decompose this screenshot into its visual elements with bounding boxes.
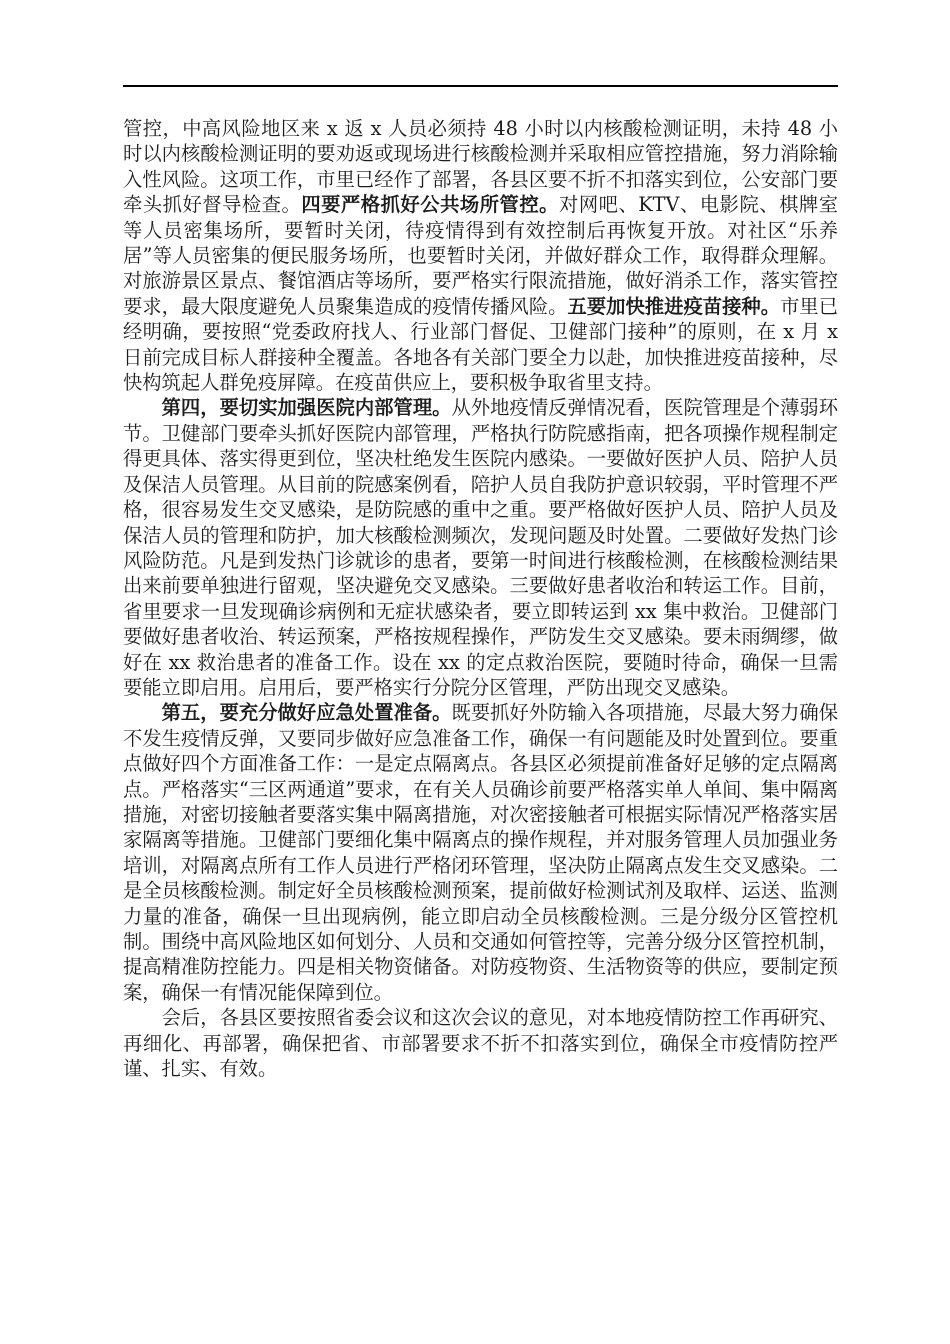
paragraph: 第五，要充分做好应急处置准备。既要抓好外防输入各项措施，尽最大努力确保不发生疫情… (123, 700, 838, 1005)
bold-heading-run: 第五，要充分做好应急处置准备。 (162, 701, 452, 724)
text-run: 既要抓好外防输入各项措施，尽最大努力确保不发生疫情反弹，又要同步做好应急准备工作… (123, 701, 838, 1003)
document-page: 管控，中高风险地区来 x 返 x 人员必须持 48 小时以内核酸检测证明，未持 … (0, 0, 950, 1344)
text-run: 会后，各县区要按照省委会议和这次会议的意见，对本地疫情防控工作再研究、再细化、再… (123, 1006, 838, 1080)
bold-heading-run: 第四，要切实加强医院内部管理。 (162, 396, 452, 419)
header-separator-line (123, 85, 838, 87)
paragraph: 会后，各县区要按照省委会议和这次会议的意见，对本地疫情防控工作再研究、再细化、再… (123, 1005, 838, 1081)
text-run: 从外地疫情反弹情况看，医院管理是个薄弱环节。卫健部门要牵头抓好医院内部管理，严格… (123, 396, 838, 698)
document-body: 管控，中高风险地区来 x 返 x 人员必须持 48 小时以内核酸检测证明，未持 … (123, 116, 838, 1081)
bold-heading-run: 四要严格抓好公共场所管控。 (301, 193, 559, 216)
paragraph: 管控，中高风险地区来 x 返 x 人员必须持 48 小时以内核酸检测证明，未持 … (123, 116, 838, 395)
bold-heading-run: 五要加快推进疫苗接种。 (568, 295, 781, 318)
paragraph: 第四，要切实加强医院内部管理。从外地疫情反弹情况看，医院管理是个薄弱环节。卫健部… (123, 395, 838, 700)
